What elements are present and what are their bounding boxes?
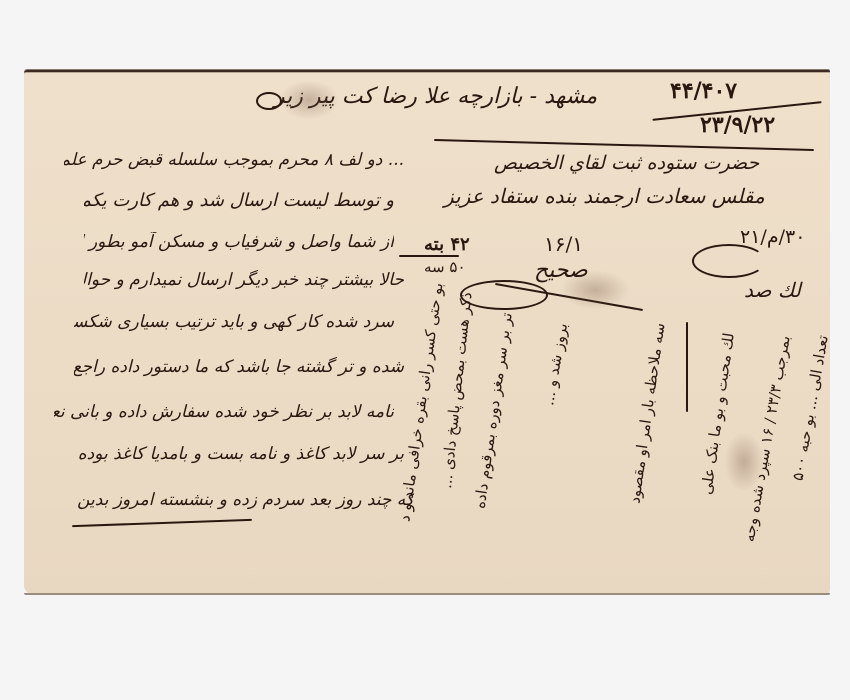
reference-number: ۴۴/۴۰۷ — [670, 78, 737, 104]
note-rule — [399, 255, 459, 257]
vertical-column: سه ملاحظه بار امر او مقصود — [619, 321, 670, 532]
salutation-line-2: مقلس سعادت ارجمند بنده ستفاد عزيز — [444, 184, 765, 208]
body-line: حالا بیشتر چند خبر دیگر ارسال نمیدارم و … — [84, 270, 404, 290]
body-line: نامه لابد بر نظر خود شده سفارش داده و با… — [54, 402, 394, 422]
note-amount: ۴۲ بته — [424, 234, 470, 255]
header-date: ۲۳/۹/۲۲ — [700, 112, 775, 138]
ink-stain — [279, 80, 339, 120]
ink-stain — [560, 270, 630, 310]
vertical-column: بروز شد و ... — [517, 322, 573, 523]
body-line: ... دو لف ۸ محرم بموجب سلسله قبض حرم علم… — [64, 150, 404, 170]
note-small: ۵۰ سه — [424, 258, 466, 276]
date-right: ۳۰/م/۲۱ — [740, 226, 805, 248]
vertical-column: لك محبت و بو ما بنک علی — [690, 331, 740, 532]
body-line: از شما واصل و شرفياب و مسكن آمو بطور اقل… — [84, 232, 394, 252]
closing-underline — [72, 519, 252, 527]
signature-flourish-right — [692, 244, 766, 278]
vertical-rule — [686, 322, 688, 412]
body-line: بر سر لابد کاغذ و نامه بست و بامدیا کاغذ… — [54, 444, 404, 464]
signature-right: لك صد — [744, 278, 801, 302]
date-mid: ۱۶/۱ — [544, 232, 583, 256]
body-line: و توسط ليست ارسال شد و هم كارت يكم — [84, 190, 394, 211]
postcard: مشهد - بازارچه علا رضا کت پیر زیر ۴۴/۴۰۷… — [24, 70, 830, 595]
body-line: که چند روز بعد سردم زده و بنشسته امروز ب… — [64, 490, 414, 510]
body-line: شده و تر گشته جا باشد که ما دستور داده ر… — [74, 357, 404, 377]
vertical-column: تر بر سر مغز دوره بمرقوم داده که مذ — [468, 311, 518, 512]
body-line: سرد شده كار كهی و باید ترتیب بسیاری شکست… — [74, 312, 394, 332]
salutation-line-1: حضرت ستوده ثبت لقاي الخصيص — [494, 152, 759, 174]
header-rule — [434, 139, 814, 151]
